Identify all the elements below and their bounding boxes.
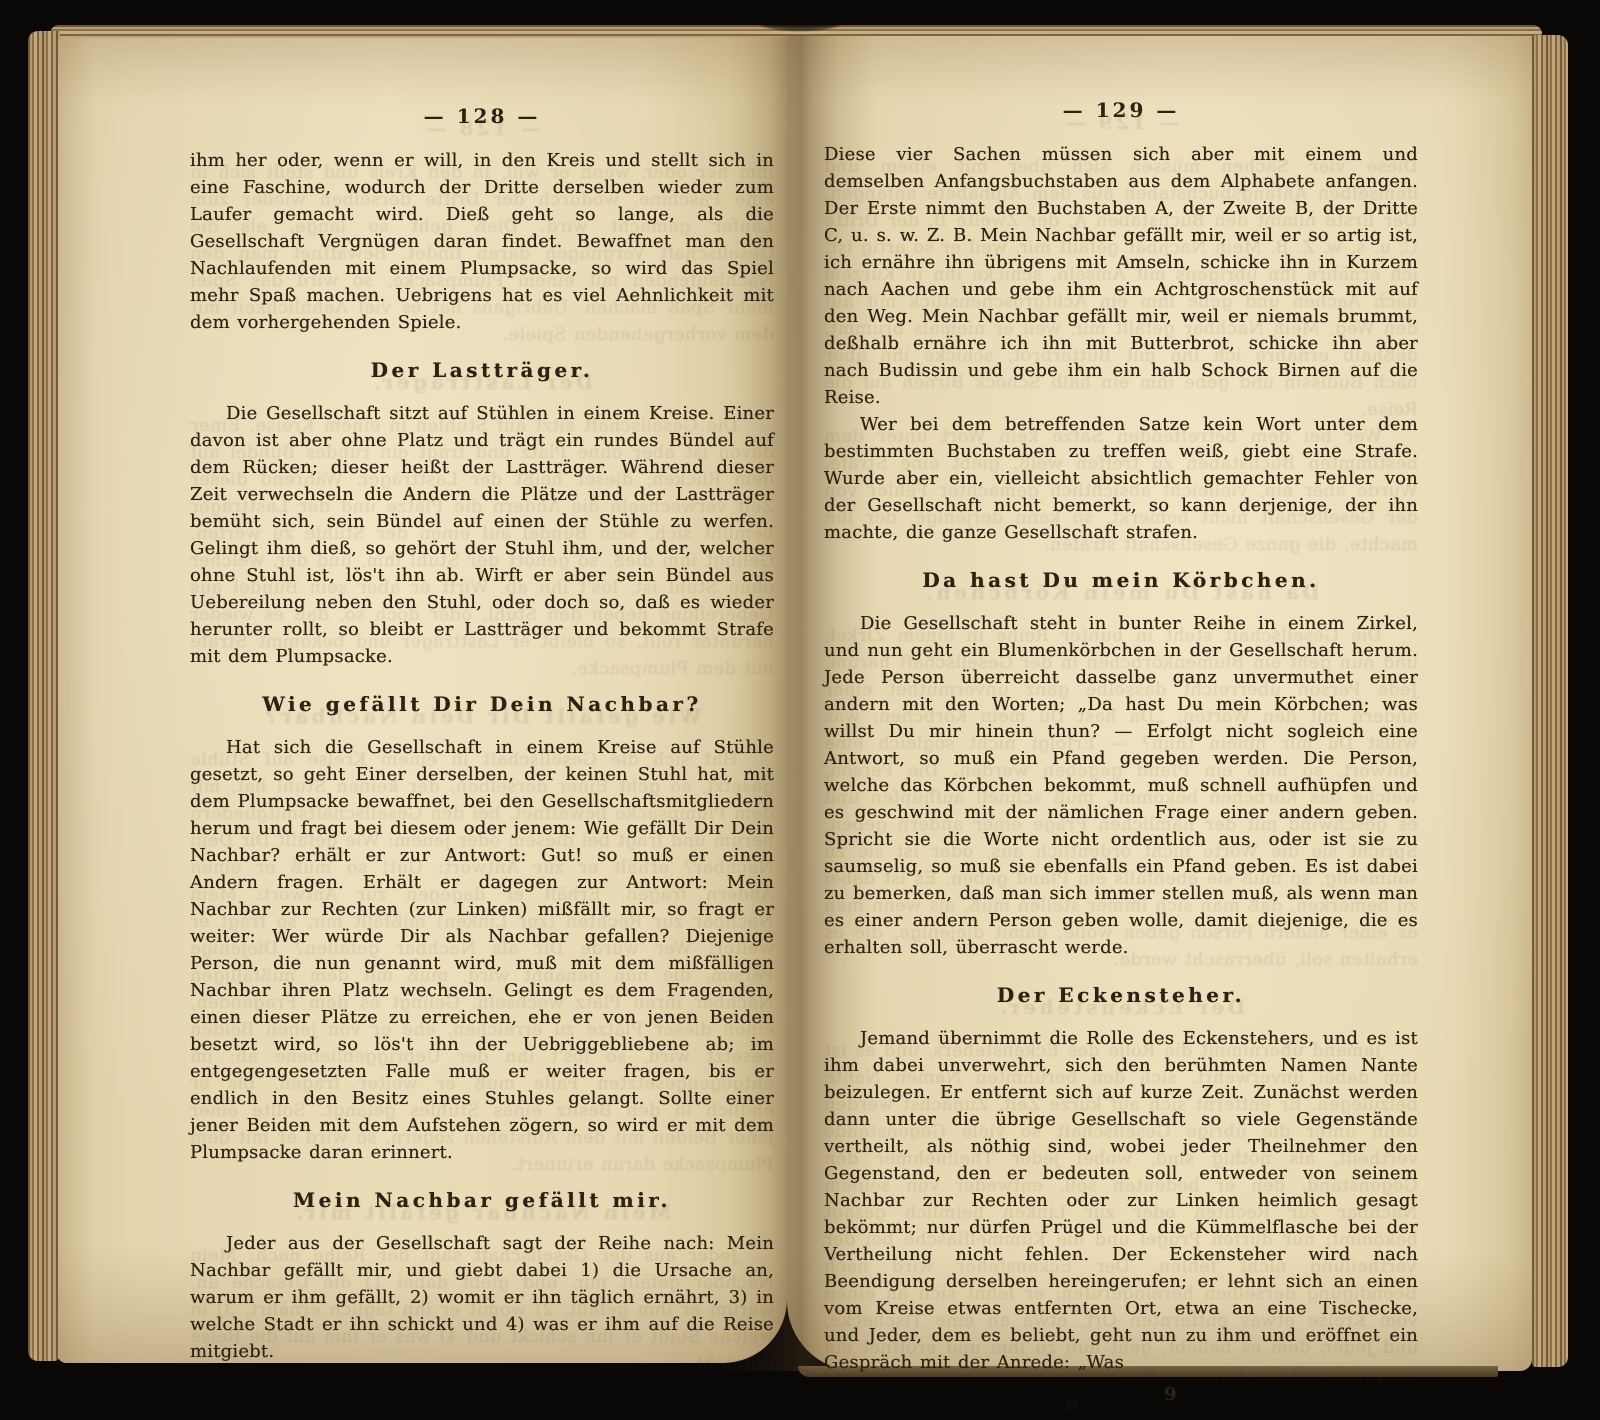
body-paragraph: Die Gesellschaft steht in bunter Reihe i… — [824, 610, 1418, 961]
left-page-text: — 128 — ihm her oder, wenn er will, in d… — [190, 103, 774, 1313]
section-heading: Da hast Du mein Körbchen. — [824, 567, 1418, 594]
book-fore-edge-left — [28, 31, 60, 1361]
page-number-right: — 129 — — [824, 97, 1418, 124]
book-spread: — 128 — ihm her oder, wenn er will, in d… — [28, 25, 1568, 1371]
section-heading: Der Lastträger. — [190, 357, 774, 384]
right-page-text: — 129 — Diese vier Sachen müssen sich ab… — [824, 97, 1418, 1317]
body-paragraph: Hat sich die Gesellschaft in einem Kreis… — [190, 734, 774, 1166]
body-paragraph: Diese vier Sachen müssen sich aber mit e… — [824, 141, 1418, 411]
section-heading: Der Eckensteher. — [824, 982, 1418, 1009]
body-paragraph: Jeder aus der Gesellschaft sagt der Reih… — [190, 1230, 774, 1365]
book-fore-edge-right — [1532, 35, 1568, 1367]
page-number-left: — 128 — — [190, 103, 774, 130]
body-paragraph: Wer bei dem betreffenden Satze kein Wort… — [824, 411, 1418, 546]
section-heading: Mein Nachbar gefällt mir. — [190, 1187, 774, 1214]
section-heading: Wie gefällt Dir Dein Nachbar? — [190, 691, 774, 718]
signature-mark: 9 — [824, 1381, 1418, 1392]
body-paragraph: ihm her oder, wenn er will, in den Kreis… — [190, 147, 774, 336]
body-paragraph: Jemand übernimmt die Rolle des Eckensteh… — [824, 1025, 1418, 1376]
body-paragraph: Die Gesellschaft sitzt auf Stühlen in ei… — [190, 400, 774, 670]
